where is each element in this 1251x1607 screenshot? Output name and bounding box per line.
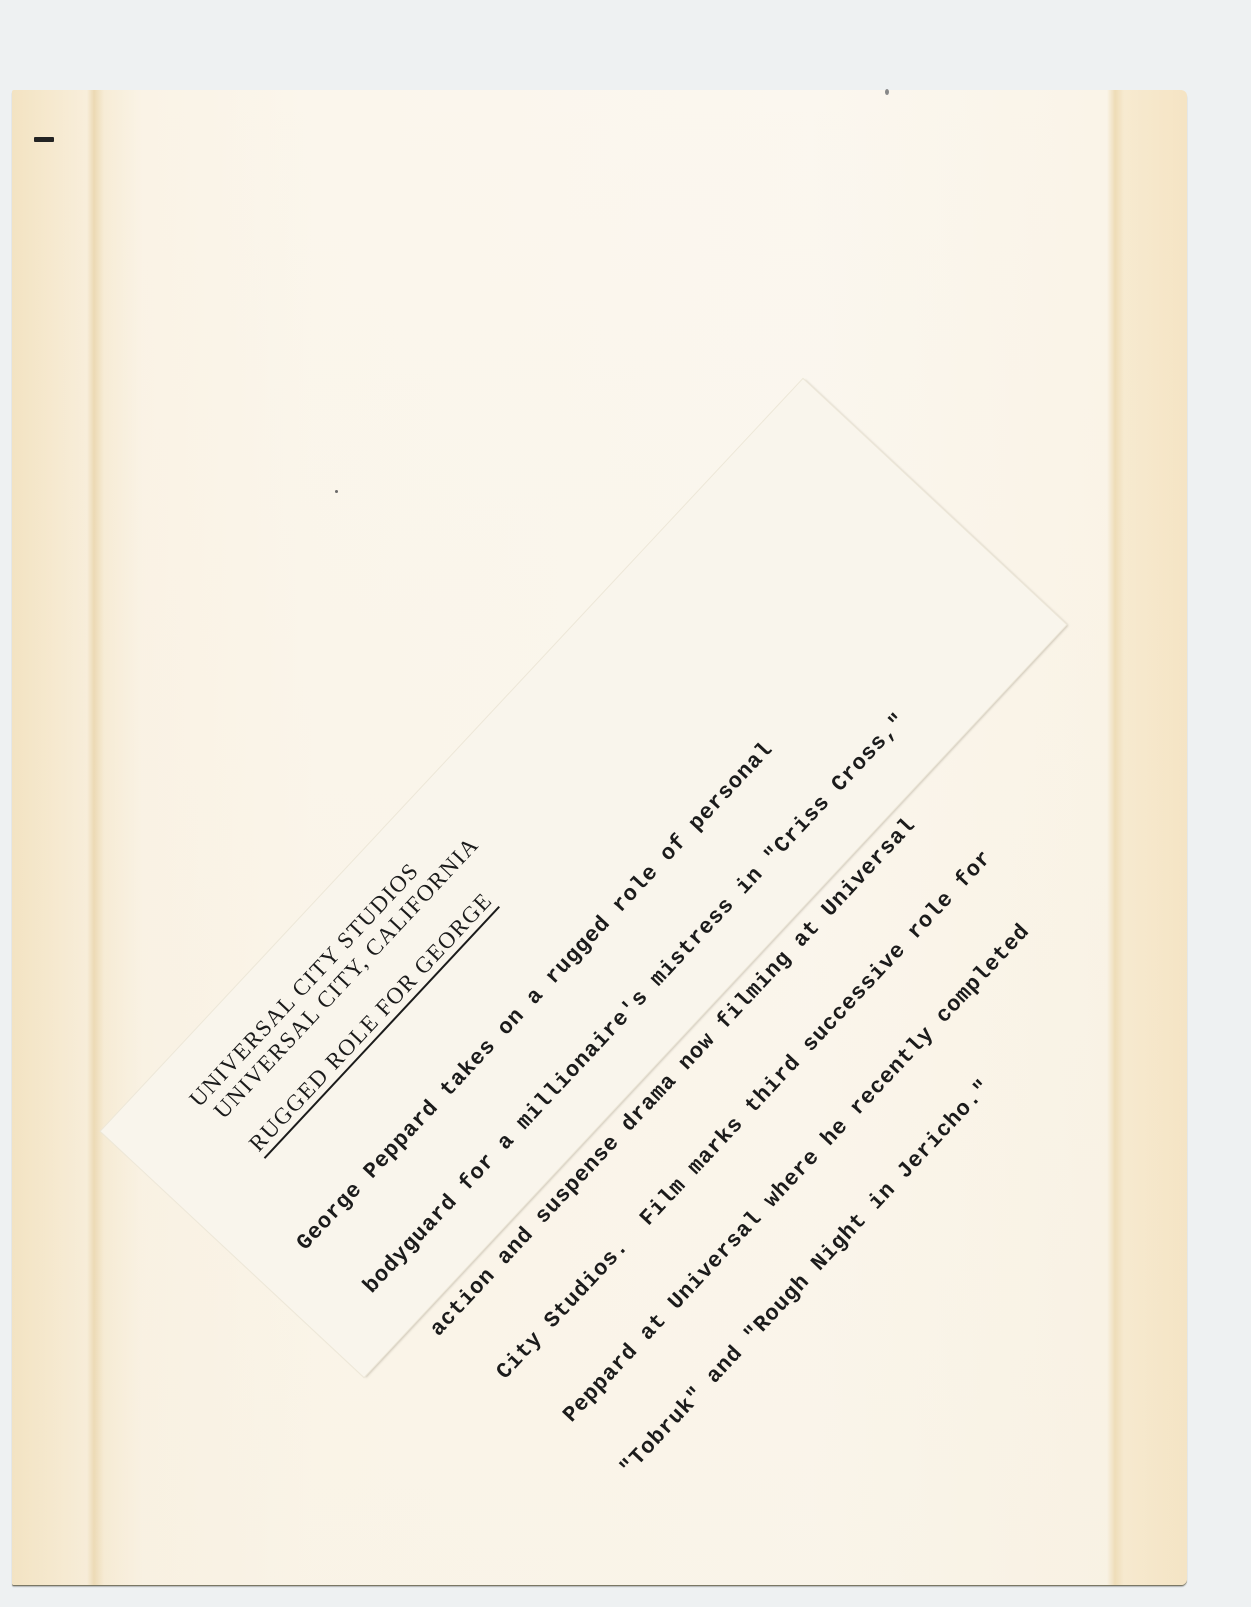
speck (335, 490, 338, 493)
speck (885, 89, 889, 95)
edge-pencil-mark (34, 137, 54, 142)
